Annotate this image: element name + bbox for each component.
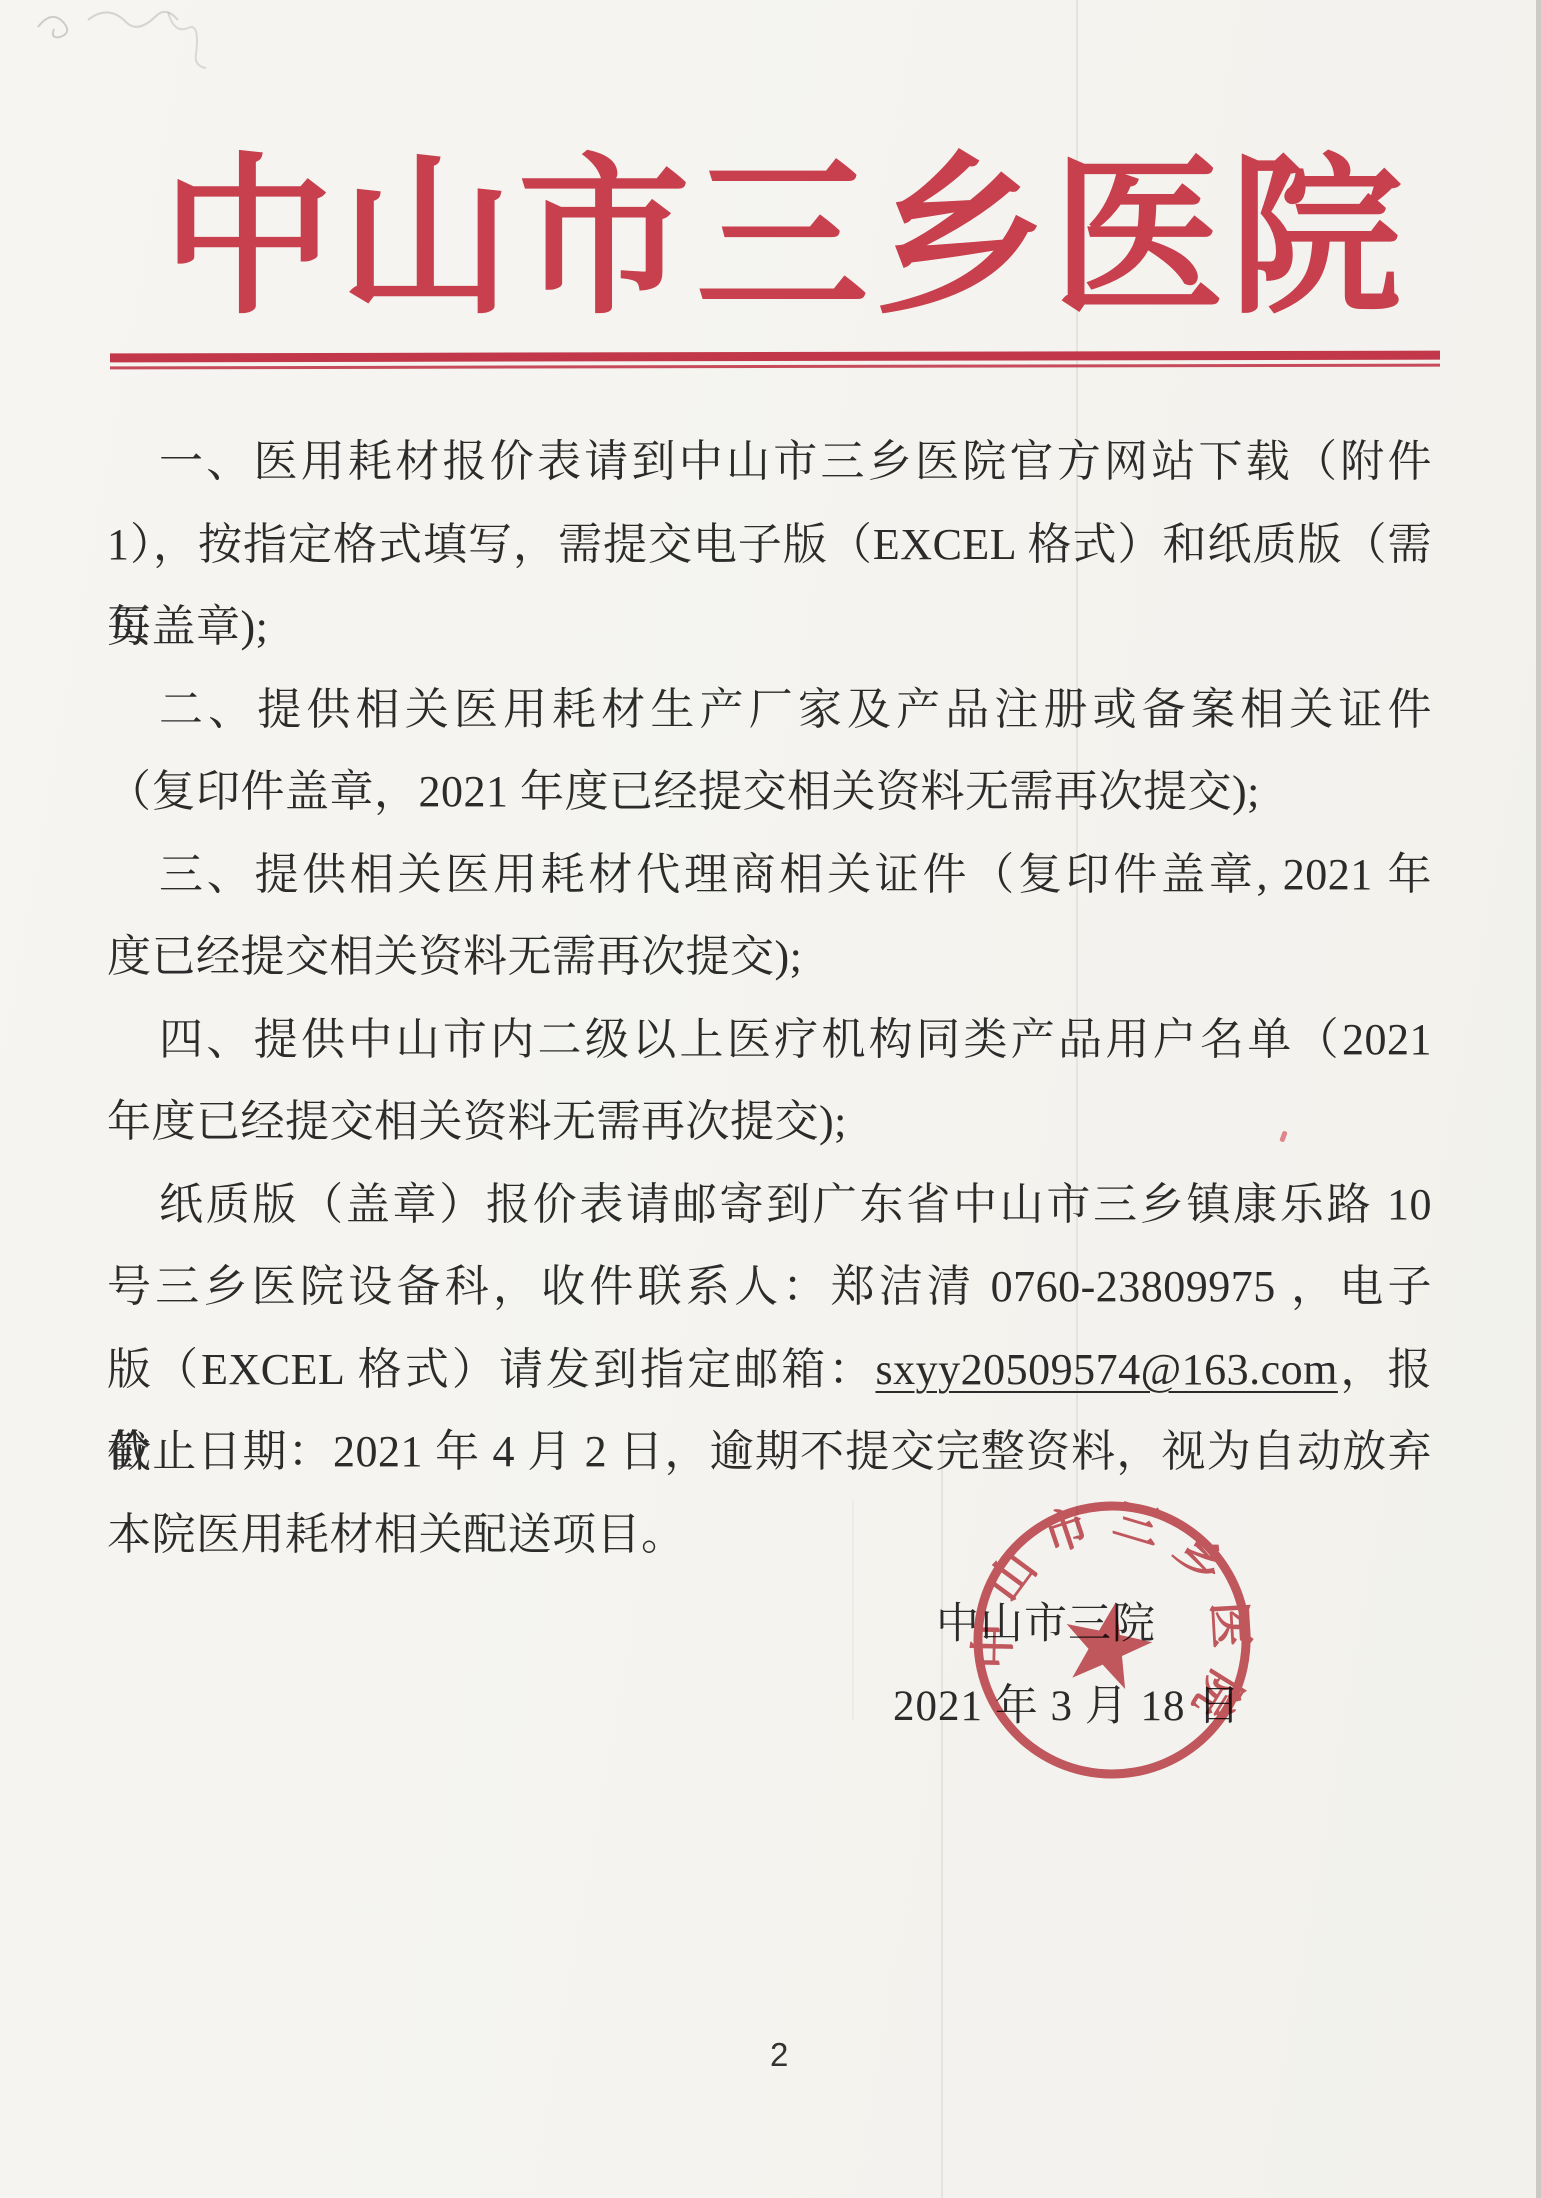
pencil-scribble <box>18 2 278 82</box>
body-line: 三、提供相关医用耗材代理商相关证件（复印件盖章, 2021 年 <box>107 834 1432 917</box>
title-char: 市 <box>518 150 690 330</box>
body-line: 纸质版（盖章）报价表请邮寄到广东省中山市三乡镇康乐路 10 <box>107 1164 1432 1247</box>
title-char: 医 <box>1052 150 1224 330</box>
body-line: 一、医用耗材报价表请到中山市三乡医院官方网站下载（附件 <box>107 421 1432 504</box>
seal-star-icon <box>1056 1593 1159 1693</box>
body-line: 度已经提交相关资料无需再次提交); <box>107 916 1432 999</box>
body-line: 页盖章); <box>107 586 1432 669</box>
page-number: 2 <box>770 2036 788 2074</box>
body-line: （复印件盖章，2021 年度已经提交相关资料无需再次提交); <box>107 751 1432 834</box>
title-char: 中 <box>162 150 334 330</box>
body-line: 年度已经提交相关资料无需再次提交); <box>107 1081 1432 1164</box>
body-line-email: 版（EXCEL 格式）请发到指定邮箱：sxyy20509574@163.com，… <box>107 1329 1432 1412</box>
scanned-document-page: 中 山 市 三 乡 医 院 一、医用耗材报价表请到中山市三乡医院官方网站下载（附… <box>0 0 1541 2198</box>
title-char: 三 <box>696 150 868 330</box>
hospital-seal: 中山市三乡医院 <box>934 1462 1290 1818</box>
body-line: 1），按指定格式填写，需提交电子版（EXCEL 格式）和纸质版（需每 <box>107 504 1432 587</box>
body-line: 四、提供中山市内二级以上医疗机构同类产品用户名单（2021 <box>107 999 1432 1082</box>
body-line: 号三乡医院设备科，收件联系人：郑洁清 0760-23809975 ，电子 <box>107 1246 1432 1329</box>
letterhead-rule-thin <box>110 364 1440 370</box>
letterhead-rule-thick <box>110 351 1440 363</box>
body-line: 截止日期：2021 年 4 月 2 日，逾期不提交完整资料，视为自动放弃 <box>107 1411 1432 1494</box>
email-address: sxyy20509574@163.com <box>875 1345 1337 1394</box>
body-line: 二、提供相关医用耗材生产厂家及产品注册或备案相关证件 <box>107 669 1432 752</box>
title-char: 乡 <box>874 150 1046 330</box>
letter-body: 一、医用耗材报价表请到中山市三乡医院官方网站下载（附件 1），按指定格式填写，需… <box>107 421 1432 1576</box>
title-char: 院 <box>1230 150 1402 330</box>
title-char: 山 <box>340 150 512 330</box>
hospital-letterhead-title: 中 山 市 三 乡 医 院 <box>162 150 1402 330</box>
scan-edge-shadow <box>1536 0 1541 2198</box>
email-line-prefix: 版（EXCEL 格式）请发到指定邮箱： <box>107 1345 875 1394</box>
